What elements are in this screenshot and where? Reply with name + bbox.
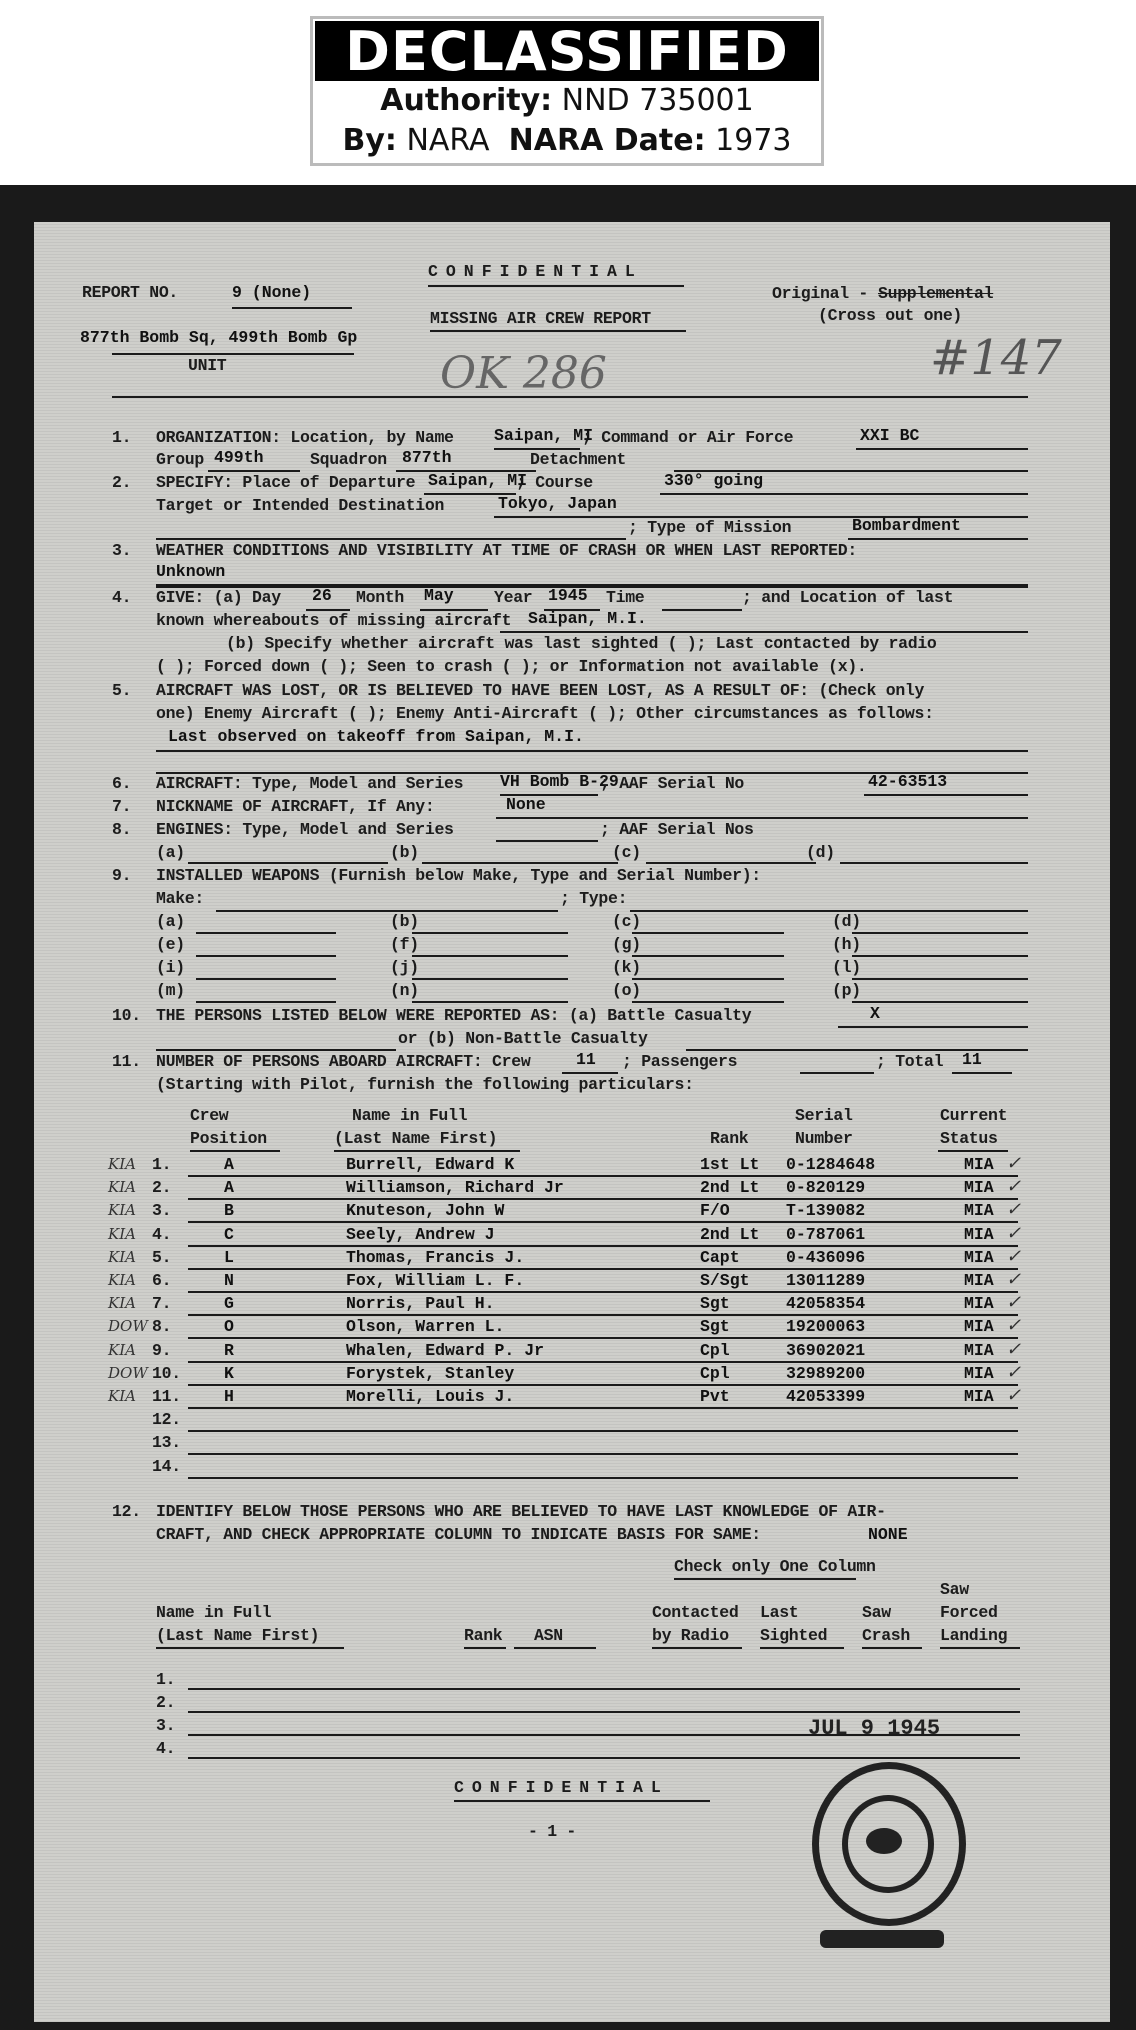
s7-label: NICKNAME OF AIRCRAFT, If Any: xyxy=(156,797,434,816)
s4-month-label: Month xyxy=(356,588,404,607)
crew-row-number: 14. xyxy=(152,1457,181,1476)
crew-row-line xyxy=(188,1221,1018,1223)
underline xyxy=(500,631,1028,633)
authority-label: Authority: xyxy=(380,83,552,118)
s12-col-rank: Rank xyxy=(464,1626,502,1645)
crew-handwritten-note: KIA xyxy=(108,1178,136,1196)
classification-bottom: CONFIDENTIAL xyxy=(454,1778,669,1797)
weapon-blank xyxy=(196,1001,336,1003)
page-number: - 1 - xyxy=(528,1822,576,1841)
underline xyxy=(156,750,1028,752)
s4-location: Saipan, M.I. xyxy=(528,609,647,628)
s9-label: INSTALLED WEAPONS (Furnish below Make, T… xyxy=(156,866,761,885)
s11-passengers-label: ; Passengers xyxy=(622,1052,737,1071)
s5-value: Last observed on takeoff from Saipan, M.… xyxy=(168,727,584,746)
s11-num: 11. xyxy=(112,1052,141,1071)
underline xyxy=(496,840,598,842)
underline xyxy=(496,817,1028,819)
s2-target: Tokyo, Japan xyxy=(498,494,617,513)
col-crew-1: Crew xyxy=(190,1106,228,1125)
crew-handwritten-note: KIA xyxy=(108,1294,136,1312)
weapon-slot-label: (j) xyxy=(390,958,419,977)
weapon-slot-label: (h) xyxy=(832,935,861,954)
crew-name: Williamson, Richard Jr xyxy=(346,1178,564,1197)
crew-rank: Cpl xyxy=(700,1364,730,1383)
crew-handwritten-note: KIA xyxy=(108,1387,136,1405)
col-rank: Rank xyxy=(710,1129,748,1148)
col-status-1: Current xyxy=(940,1106,1007,1125)
supplemental-struck: Supplemental xyxy=(878,284,993,303)
weapon-blank xyxy=(852,932,1028,934)
crew-row-line xyxy=(188,1361,1018,1363)
authority-value: NND 735001 xyxy=(562,83,754,118)
s4-text-a: GIVE: (a) Day xyxy=(156,588,281,607)
s2-text-a: SPECIFY: Place of Departure xyxy=(156,473,415,492)
s12-col-name-2: (Last Name First) xyxy=(156,1626,319,1645)
crew-row-number: 1. xyxy=(152,1155,171,1174)
s4-text-c: known whereabouts of missing aircraft xyxy=(156,611,511,630)
crew-status: MIA xyxy=(964,1317,994,1336)
s1-num: 1. xyxy=(112,428,131,447)
s3-value: Unknown xyxy=(156,562,225,581)
crew-row-line xyxy=(188,1268,1018,1270)
crew-rank: Pvt xyxy=(700,1387,730,1406)
s8-label: ENGINES: Type, Model and Series xyxy=(156,820,454,839)
engine-blank-a xyxy=(188,862,388,864)
crew-status: MIA xyxy=(964,1155,994,1174)
s8-slot-c: (c) xyxy=(612,843,641,862)
weapon-slot-label: (g) xyxy=(612,935,641,954)
form-title: MISSING AIR CREW REPORT xyxy=(430,309,651,328)
weapon-slot-label: (i) xyxy=(156,958,185,977)
underline xyxy=(940,1647,1020,1649)
s11-total-label: ; Total xyxy=(876,1052,943,1071)
s8-slot-a: (a) xyxy=(156,843,185,862)
underline xyxy=(938,1150,1008,1152)
crew-status: MIA xyxy=(964,1341,994,1360)
s1-text-b: ; Command or Air Force xyxy=(582,428,793,447)
s11-total: 11 xyxy=(962,1050,982,1069)
crew-serial: 42053399 xyxy=(786,1387,865,1406)
original-label: Original - xyxy=(772,284,868,303)
underline xyxy=(334,1150,520,1152)
weapon-blank xyxy=(412,978,568,980)
weapon-slot-label: (e) xyxy=(156,935,185,954)
s10-num: 10. xyxy=(112,1006,141,1025)
crew-row-line xyxy=(188,1430,1018,1432)
s10-non-battle-label: or (b) Non-Battle Casualty xyxy=(398,1029,648,1048)
underline xyxy=(760,1647,844,1649)
s1-location: Saipan, MI xyxy=(494,426,593,445)
s2-mission: Bombardment xyxy=(852,516,961,535)
underline xyxy=(156,538,626,540)
crew-rank: Cpl xyxy=(700,1341,730,1360)
underline xyxy=(428,285,684,287)
underline xyxy=(652,1647,742,1649)
s6-serial: 42-63513 xyxy=(868,772,947,791)
crew-position: G xyxy=(224,1294,234,1313)
crew-status: MIA xyxy=(964,1178,994,1197)
crew-position: O xyxy=(224,1317,234,1336)
underline xyxy=(862,1647,922,1649)
report-no-value: 9 (None) xyxy=(232,283,311,302)
weapon-slot-label: (k) xyxy=(612,958,641,977)
s4-day: 26 xyxy=(312,586,332,605)
checkmark-icon: ✓ xyxy=(1006,1315,1021,1336)
crew-row-number: 3. xyxy=(152,1201,171,1220)
s9-num: 9. xyxy=(112,866,131,885)
unit-value: 877th Bomb Sq, 499th Bomb Gp xyxy=(80,328,357,347)
crew-name: Olson, Warren L. xyxy=(346,1317,504,1336)
crew-rank: Sgt xyxy=(700,1317,730,1336)
s12-col-sighted-1: Last xyxy=(760,1603,798,1622)
s12-col-forced-2: Landing xyxy=(940,1626,1007,1645)
underline xyxy=(208,470,300,472)
weapon-blank xyxy=(412,1001,568,1003)
underline xyxy=(514,1647,596,1649)
crew-status: MIA xyxy=(964,1225,994,1244)
crew-serial: 19200063 xyxy=(786,1317,865,1336)
crew-row-number: 10. xyxy=(152,1364,181,1383)
underline xyxy=(190,1150,280,1152)
witness-row-number: 2. xyxy=(156,1693,175,1712)
engine-blank-c xyxy=(646,862,816,864)
s12-value: NONE xyxy=(868,1525,908,1544)
crew-handwritten-note: KIA xyxy=(108,1201,136,1219)
underline xyxy=(112,353,354,355)
crew-rank: 1st Lt xyxy=(700,1155,759,1174)
crew-row-number: 4. xyxy=(152,1225,171,1244)
engine-blank-b xyxy=(422,862,618,864)
s10-battle-value: X xyxy=(870,1004,880,1023)
crew-row-line xyxy=(188,1453,1018,1455)
s11-label: NUMBER OF PERSONS ABOARD AIRCRAFT: Crew xyxy=(156,1052,530,1071)
s12-col-crash-1: Saw xyxy=(862,1603,891,1622)
crew-name: Morelli, Louis J. xyxy=(346,1387,514,1406)
s3-text: WEATHER CONDITIONS AND VISIBILITY AT TIM… xyxy=(156,541,857,560)
witness-row-line xyxy=(188,1688,1020,1690)
crew-row-number: 11. xyxy=(152,1387,181,1406)
crew-name: Burrell, Edward K xyxy=(346,1155,514,1174)
passengers-blank xyxy=(800,1072,874,1074)
underline xyxy=(464,1647,506,1649)
crew-row-line xyxy=(188,1477,1018,1479)
crew-name: Whalen, Edward P. Jr xyxy=(346,1341,544,1360)
crew-rank: F/O xyxy=(700,1201,730,1220)
s1-group: 499th xyxy=(214,448,264,467)
crew-row-number: 12. xyxy=(152,1410,181,1429)
crew-serial: 0-787061 xyxy=(786,1225,865,1244)
s4-text-b: ; and Location of last xyxy=(742,588,953,607)
col-status-2: Status xyxy=(940,1129,998,1148)
s12-num: 12. xyxy=(112,1502,141,1521)
underline xyxy=(454,1800,710,1802)
s1-squadron: 877th xyxy=(402,448,452,467)
underline xyxy=(856,448,1028,450)
col-name-1: Name in Full xyxy=(352,1106,467,1125)
s1-command: XXI BC xyxy=(860,426,919,445)
by-value: NARA xyxy=(406,123,489,158)
witness-row-line xyxy=(188,1757,1020,1759)
crew-position: K xyxy=(224,1364,234,1383)
handwritten-ref: OK 286 xyxy=(440,348,607,399)
crew-name: Forystek, Stanley xyxy=(346,1364,514,1383)
s2-mission-label: ; Type of Mission xyxy=(628,518,791,537)
checkmark-icon: ✓ xyxy=(1006,1223,1021,1244)
crew-row-number: 9. xyxy=(152,1341,171,1360)
handwritten-number: #147 xyxy=(930,330,1062,386)
crew-name: Norris, Paul H. xyxy=(346,1294,495,1313)
checkmark-icon: ✓ xyxy=(1006,1199,1021,1220)
s4-line-b2: ( ); Forced down ( ); Seen to crash ( );… xyxy=(156,657,867,676)
crew-serial: 0-1284648 xyxy=(786,1155,875,1174)
classification-top: CONFIDENTIAL xyxy=(428,262,643,281)
s7-num: 7. xyxy=(112,797,131,816)
underline xyxy=(674,1578,856,1580)
underline xyxy=(660,493,1028,495)
s10-label: THE PERSONS LISTED BELOW WERE REPORTED A… xyxy=(156,1006,751,1025)
s12-col-crash-2: Crash xyxy=(862,1626,910,1645)
s6-num: 6. xyxy=(112,774,131,793)
weapon-blank xyxy=(196,978,336,980)
checkmark-icon: ✓ xyxy=(1006,1292,1021,1313)
underline xyxy=(952,1072,1012,1074)
crew-status: MIA xyxy=(964,1294,994,1313)
weapon-slot-label: (a) xyxy=(156,912,185,931)
s8-slot-d: (d) xyxy=(806,843,835,862)
s9-type-label: ; Type: xyxy=(560,889,627,908)
weapon-slot-label: (l) xyxy=(832,958,861,977)
weapon-blank xyxy=(196,955,336,957)
seal-redaction-bar xyxy=(820,1930,944,1948)
s11-instruction: (Starting with Pilot, furnish the follow… xyxy=(156,1075,694,1094)
seal-emblem-icon xyxy=(866,1828,902,1854)
crew-row-number: 5. xyxy=(152,1248,171,1267)
crew-position: B xyxy=(224,1201,234,1220)
crew-status: MIA xyxy=(964,1387,994,1406)
weapon-blank xyxy=(632,955,784,957)
s4-num: 4. xyxy=(112,588,131,607)
crew-serial: 0-820129 xyxy=(786,1178,865,1197)
crew-name: Thomas, Francis J. xyxy=(346,1248,524,1267)
checkmark-icon: ✓ xyxy=(1006,1362,1021,1383)
crew-rank: Sgt xyxy=(700,1294,730,1313)
s6-serial-label: ; AAF Serial No xyxy=(600,774,744,793)
crew-position: L xyxy=(224,1248,234,1267)
crew-serial: T-139082 xyxy=(786,1201,865,1220)
crew-position: A xyxy=(224,1178,234,1197)
crew-handwritten-note: KIA xyxy=(108,1155,136,1173)
received-date-stamp: JUL 9 1945 xyxy=(808,1716,940,1741)
crew-handwritten-note: DOW xyxy=(108,1317,148,1335)
checkmark-icon: ✓ xyxy=(1006,1385,1021,1406)
date-value: 1973 xyxy=(715,123,791,158)
crew-name: Fox, William L. F. xyxy=(346,1271,524,1290)
s4-year-label: Year xyxy=(494,588,532,607)
crew-row-line xyxy=(188,1337,1018,1339)
s12-col-radio-1: Contacted xyxy=(652,1603,738,1622)
by-label: By: xyxy=(343,123,397,158)
s5-line2: one) Enemy Aircraft ( ); Enemy Anti-Airc… xyxy=(156,704,934,723)
date-label: NARA Date: xyxy=(509,123,706,158)
crew-status: MIA xyxy=(964,1248,994,1267)
crew-row-line xyxy=(188,1407,1018,1409)
crew-status: MIA xyxy=(964,1364,994,1383)
witness-row-number: 1. xyxy=(156,1670,175,1689)
crew-status: MIA xyxy=(964,1271,994,1290)
s3-num: 3. xyxy=(112,541,131,560)
crew-row-number: 2. xyxy=(152,1178,171,1197)
underline xyxy=(156,1049,396,1051)
s2-course-label: ; Course xyxy=(516,473,593,492)
checkmark-icon: ✓ xyxy=(1006,1153,1021,1174)
crew-row-number: 13. xyxy=(152,1433,181,1452)
s2-num: 2. xyxy=(112,473,131,492)
crew-rank: 2nd Lt xyxy=(700,1178,759,1197)
checkmark-icon: ✓ xyxy=(1006,1269,1021,1290)
col-serial-2: Number xyxy=(795,1129,853,1148)
report-no-label: REPORT NO. xyxy=(82,283,178,302)
weapon-blank xyxy=(412,932,568,934)
cross-out-note: (Cross out one) xyxy=(818,306,962,325)
unit-label: UNIT xyxy=(188,356,226,375)
s12-col-forced-0: Saw xyxy=(940,1580,969,1599)
s8-num: 8. xyxy=(112,820,131,839)
type-blank xyxy=(630,910,1028,912)
s8-serial-label: ; AAF Serial Nos xyxy=(600,820,754,839)
witness-row-number: 3. xyxy=(156,1716,175,1735)
crew-serial: 42058354 xyxy=(786,1294,865,1313)
s12-col-name-1: Name in Full xyxy=(156,1603,271,1622)
s5-num: 5. xyxy=(112,681,131,700)
s12-check-note: Check only One Column xyxy=(674,1557,876,1576)
witness-row-line xyxy=(188,1711,1020,1713)
weapon-slot-label: (f) xyxy=(390,935,419,954)
checkmark-icon: ✓ xyxy=(1006,1176,1021,1197)
crew-position: A xyxy=(224,1155,234,1174)
weapon-blank xyxy=(632,1001,784,1003)
checkmark-icon: ✓ xyxy=(1006,1339,1021,1360)
crew-serial: 36902021 xyxy=(786,1341,865,1360)
s2-departure: Saipan, MI xyxy=(428,471,527,490)
s11-crew: 11 xyxy=(576,1050,596,1069)
s12-col-asn: ASN xyxy=(534,1626,563,1645)
weapon-blank xyxy=(632,932,784,934)
crew-row-line xyxy=(188,1291,1018,1293)
crew-status: MIA xyxy=(964,1201,994,1220)
s12-col-sighted-2: Sighted xyxy=(760,1626,827,1645)
s1-detachment-label: Detachment xyxy=(530,450,626,469)
crew-position: H xyxy=(224,1387,234,1406)
crew-name: Knuteson, John W xyxy=(346,1201,504,1220)
weapon-slot-label: (o) xyxy=(612,981,641,1000)
crew-handwritten-note: DOW xyxy=(108,1364,148,1382)
underline xyxy=(848,538,1028,540)
s9-make-label: Make: xyxy=(156,889,204,908)
s1-group-label: Group xyxy=(156,450,204,469)
s2-target-label: Target or Intended Destination xyxy=(156,496,444,515)
crew-row-number: 6. xyxy=(152,1271,171,1290)
weapon-blank xyxy=(852,978,1028,980)
s8-slot-b: (b) xyxy=(390,843,419,862)
s4-month: May xyxy=(424,586,454,605)
crew-position: N xyxy=(224,1271,234,1290)
underline xyxy=(562,1072,618,1074)
s5-line1: AIRCRAFT WAS LOST, OR IS BELIEVED TO HAV… xyxy=(156,681,924,700)
weapon-slot-label: (c) xyxy=(612,912,641,931)
crew-handwritten-note: KIA xyxy=(108,1248,136,1266)
s12-line2: CRAFT, AND CHECK APPROPRIATE COLUMN TO I… xyxy=(156,1525,761,1544)
col-name-2: (Last Name First) xyxy=(334,1129,497,1148)
weapon-slot-label: (d) xyxy=(832,912,861,931)
checkmark-icon: ✓ xyxy=(1006,1246,1021,1267)
by-line: By: NARA NARA Date: 1973 xyxy=(313,121,821,161)
crew-row-line xyxy=(188,1384,1018,1386)
s6-label: AIRCRAFT: Type, Model and Series xyxy=(156,774,463,793)
authority-line: Authority: NND 735001 xyxy=(313,81,821,121)
col-crew-2: Position xyxy=(190,1129,267,1148)
s4-time-label: Time xyxy=(606,588,644,607)
crew-rank: Capt xyxy=(700,1248,740,1267)
crew-row-line xyxy=(188,1175,1018,1177)
crew-row-line xyxy=(188,1245,1018,1247)
engine-blank-d xyxy=(840,862,1028,864)
weapon-slot-label: (b) xyxy=(390,912,419,931)
crew-serial: 0-436096 xyxy=(786,1248,865,1267)
crew-position: R xyxy=(224,1341,234,1360)
s2-course: 330° going xyxy=(664,471,763,490)
weapon-blank xyxy=(632,978,784,980)
s1-text-a: ORGANIZATION: Location, by Name xyxy=(156,428,454,447)
crew-serial: 13011289 xyxy=(786,1271,865,1290)
crew-rank: 2nd Lt xyxy=(700,1225,759,1244)
time-blank xyxy=(662,609,742,611)
s1-squadron-label: Squadron xyxy=(310,450,387,469)
weapon-blank xyxy=(852,955,1028,957)
s12-col-radio-2: by Radio xyxy=(652,1626,729,1645)
crew-row-line xyxy=(188,1198,1018,1200)
crew-position: C xyxy=(224,1225,234,1244)
declassified-stamp: DECLASSIFIED Authority: NND 735001 By: N… xyxy=(310,16,824,166)
witness-row-number: 4. xyxy=(156,1739,175,1758)
s4-year: 1945 xyxy=(548,586,588,605)
declassified-title: DECLASSIFIED xyxy=(315,21,819,81)
crew-name: Seely, Andrew J xyxy=(346,1225,495,1244)
crew-serial: 32989200 xyxy=(786,1364,865,1383)
weapon-slot-label: (n) xyxy=(390,981,419,1000)
underline xyxy=(430,330,686,332)
weapon-slot-label: (p) xyxy=(832,981,861,1000)
crew-handwritten-note: KIA xyxy=(108,1271,136,1289)
s12-line1: IDENTIFY BELOW THOSE PERSONS WHO ARE BEL… xyxy=(156,1502,886,1521)
crew-rank: S/Sgt xyxy=(700,1271,750,1290)
weapon-slot-label: (m) xyxy=(156,981,185,1000)
crew-handwritten-note: KIA xyxy=(108,1225,136,1243)
underline xyxy=(156,1647,344,1649)
col-serial-1: Serial xyxy=(795,1106,853,1125)
crew-handwritten-note: KIA xyxy=(108,1341,136,1359)
make-blank xyxy=(216,910,558,912)
crew-row-number: 8. xyxy=(152,1317,171,1336)
underline xyxy=(838,1026,1028,1028)
crew-row-line xyxy=(188,1314,1018,1316)
weapon-blank xyxy=(196,932,336,934)
s4-line-b1: (b) Specify whether aircraft was last si… xyxy=(226,634,937,653)
underline xyxy=(232,307,352,309)
underline xyxy=(864,794,1028,796)
weapon-blank xyxy=(412,955,568,957)
crew-row-number: 7. xyxy=(152,1294,171,1313)
